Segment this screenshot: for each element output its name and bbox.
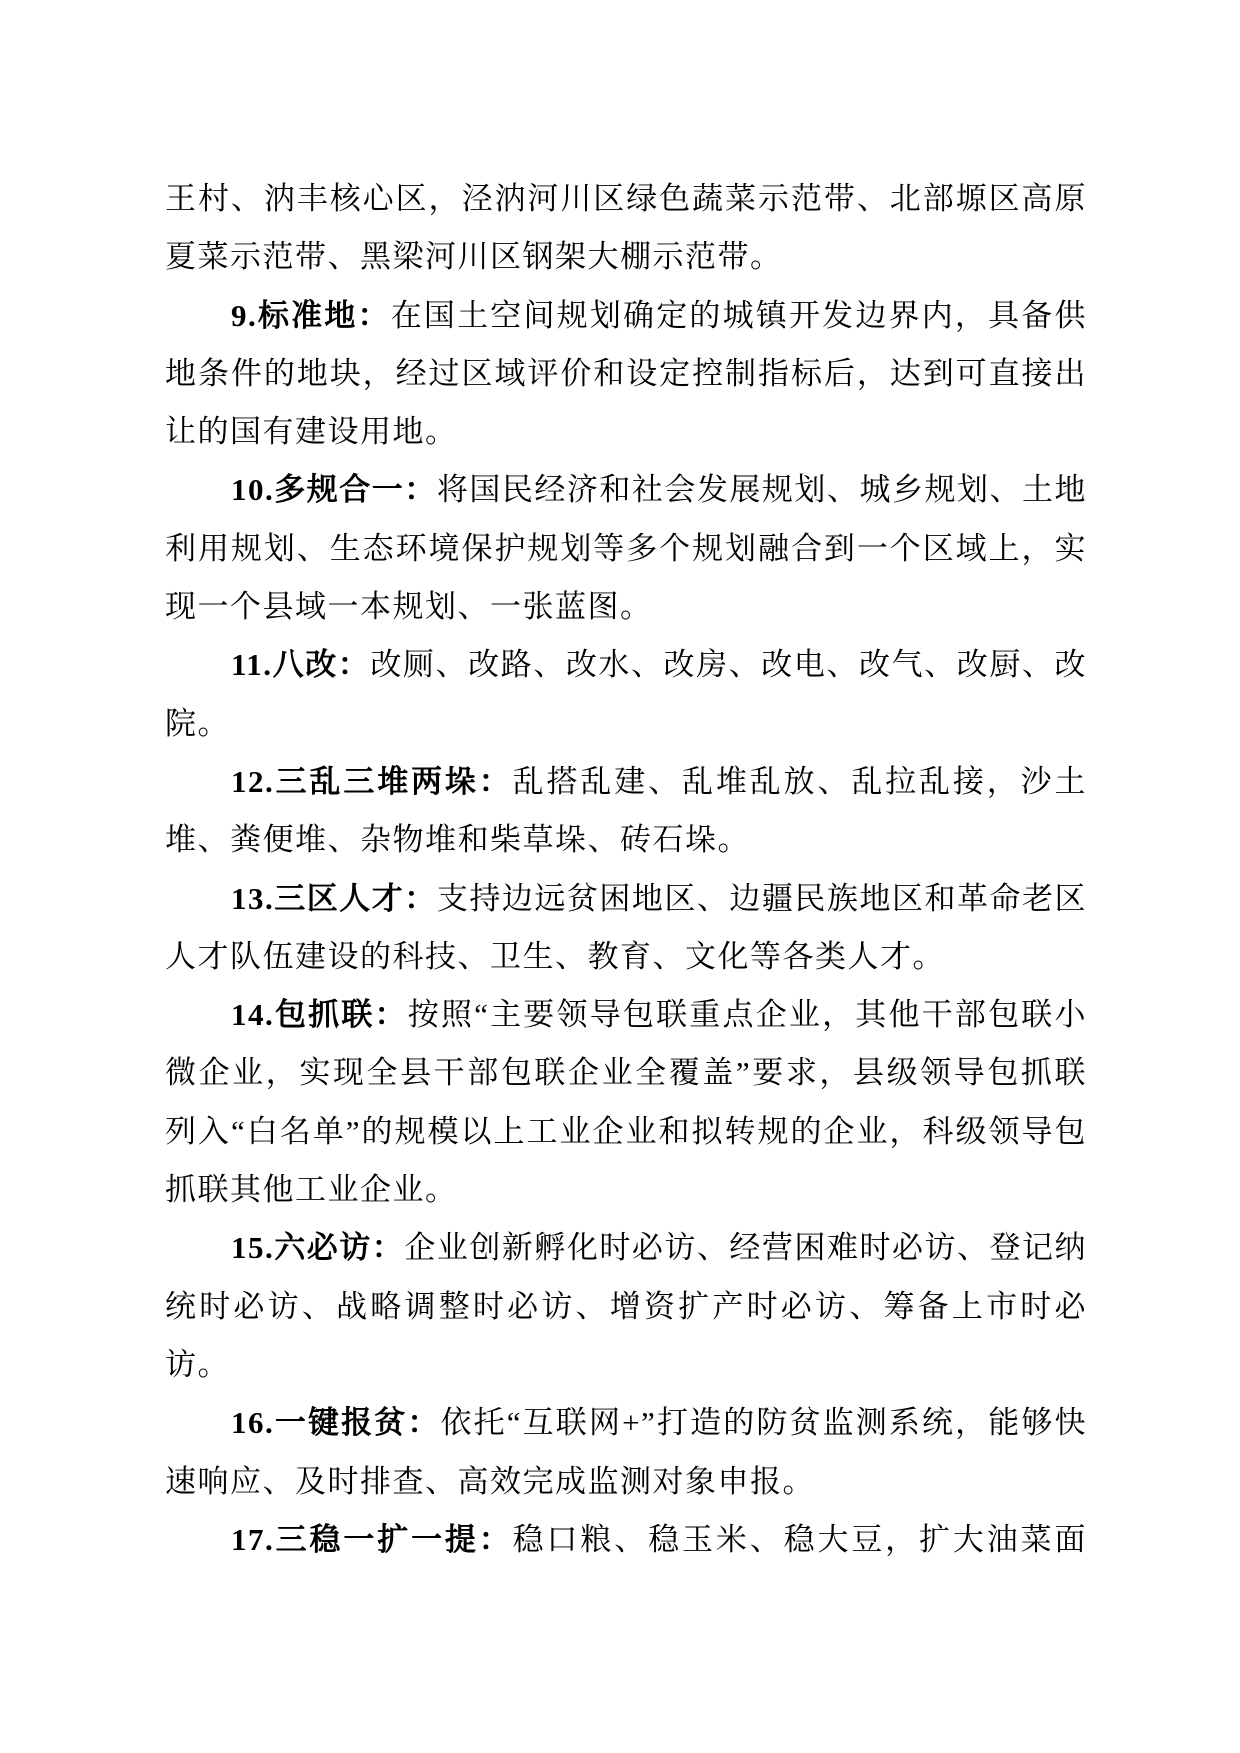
glossary-item-9: 9.标准地：在国土空间规划确定的城镇开发边界内，具备供地条件的地块，经过区域评价… (165, 287, 1087, 462)
glossary-item-11: 11.八改：改厕、改路、改水、改房、改电、改气、改厨、改院。 (165, 636, 1087, 753)
term-label: 15.六必访： (231, 1230, 404, 1265)
term-label: 14.包抓联： (231, 997, 408, 1032)
term-label: 13.三区人才： (231, 881, 437, 916)
glossary-item-10: 10.多规合一：将国民经济和社会发展规划、城乡规划、土地利用规划、生态环境保护规… (165, 461, 1087, 636)
continuation-paragraph: 王村、汭丰核心区，泾汭河川区绿色蔬菜示范带、北部塬区高原夏菜示范带、黑梁河川区钢… (165, 170, 1087, 287)
term-label: 17.三稳一扩一提： (231, 1522, 513, 1557)
term-label: 9.标准地： (231, 298, 391, 333)
continuation-text: 王村、汭丰核心区，泾汭河川区绿色蔬菜示范带、北部塬区高原夏菜示范带、黑梁河川区钢… (165, 181, 1087, 274)
glossary-item-13: 13.三区人才：支持边远贫困地区、边疆民族地区和革命老区人才队伍建设的科技、卫生… (165, 870, 1087, 987)
document-body: 王村、汭丰核心区，泾汭河川区绿色蔬菜示范带、北部塬区高原夏菜示范带、黑梁河川区钢… (165, 170, 1087, 1569)
glossary-item-16: 16.一键报贫：依托“互联网+”打造的防贫监测系统，能够快速响应、及时排查、高效… (165, 1394, 1087, 1511)
glossary-item-12: 12.三乱三堆两垛：乱搭乱建、乱堆乱放、乱拉乱接，沙土堆、粪便堆、杂物堆和柴草垛… (165, 753, 1087, 870)
term-label: 10.多规合一： (231, 472, 437, 507)
document-page: 王村、汭丰核心区，泾汭河川区绿色蔬菜示范带、北部塬区高原夏菜示范带、黑梁河川区钢… (0, 0, 1240, 1753)
term-label: 16.一键报贫： (231, 1405, 441, 1440)
glossary-item-17: 17.三稳一扩一提：稳口粮、稳玉米、稳大豆，扩大油菜面 (165, 1511, 1087, 1569)
glossary-item-14: 14.包抓联：按照“主要领导包联重点企业，其他干部包联小微企业，实现全县干部包联… (165, 986, 1087, 1219)
definition-text: 稳口粮、稳玉米、稳大豆，扩大油菜面 (513, 1522, 1087, 1557)
term-label: 12.三乱三堆两垛： (231, 764, 513, 799)
glossary-item-15: 15.六必访：企业创新孵化时必访、经营困难时必访、登记纳统时必访、战略调整时必访… (165, 1219, 1087, 1394)
term-label: 11.八改： (231, 647, 370, 682)
